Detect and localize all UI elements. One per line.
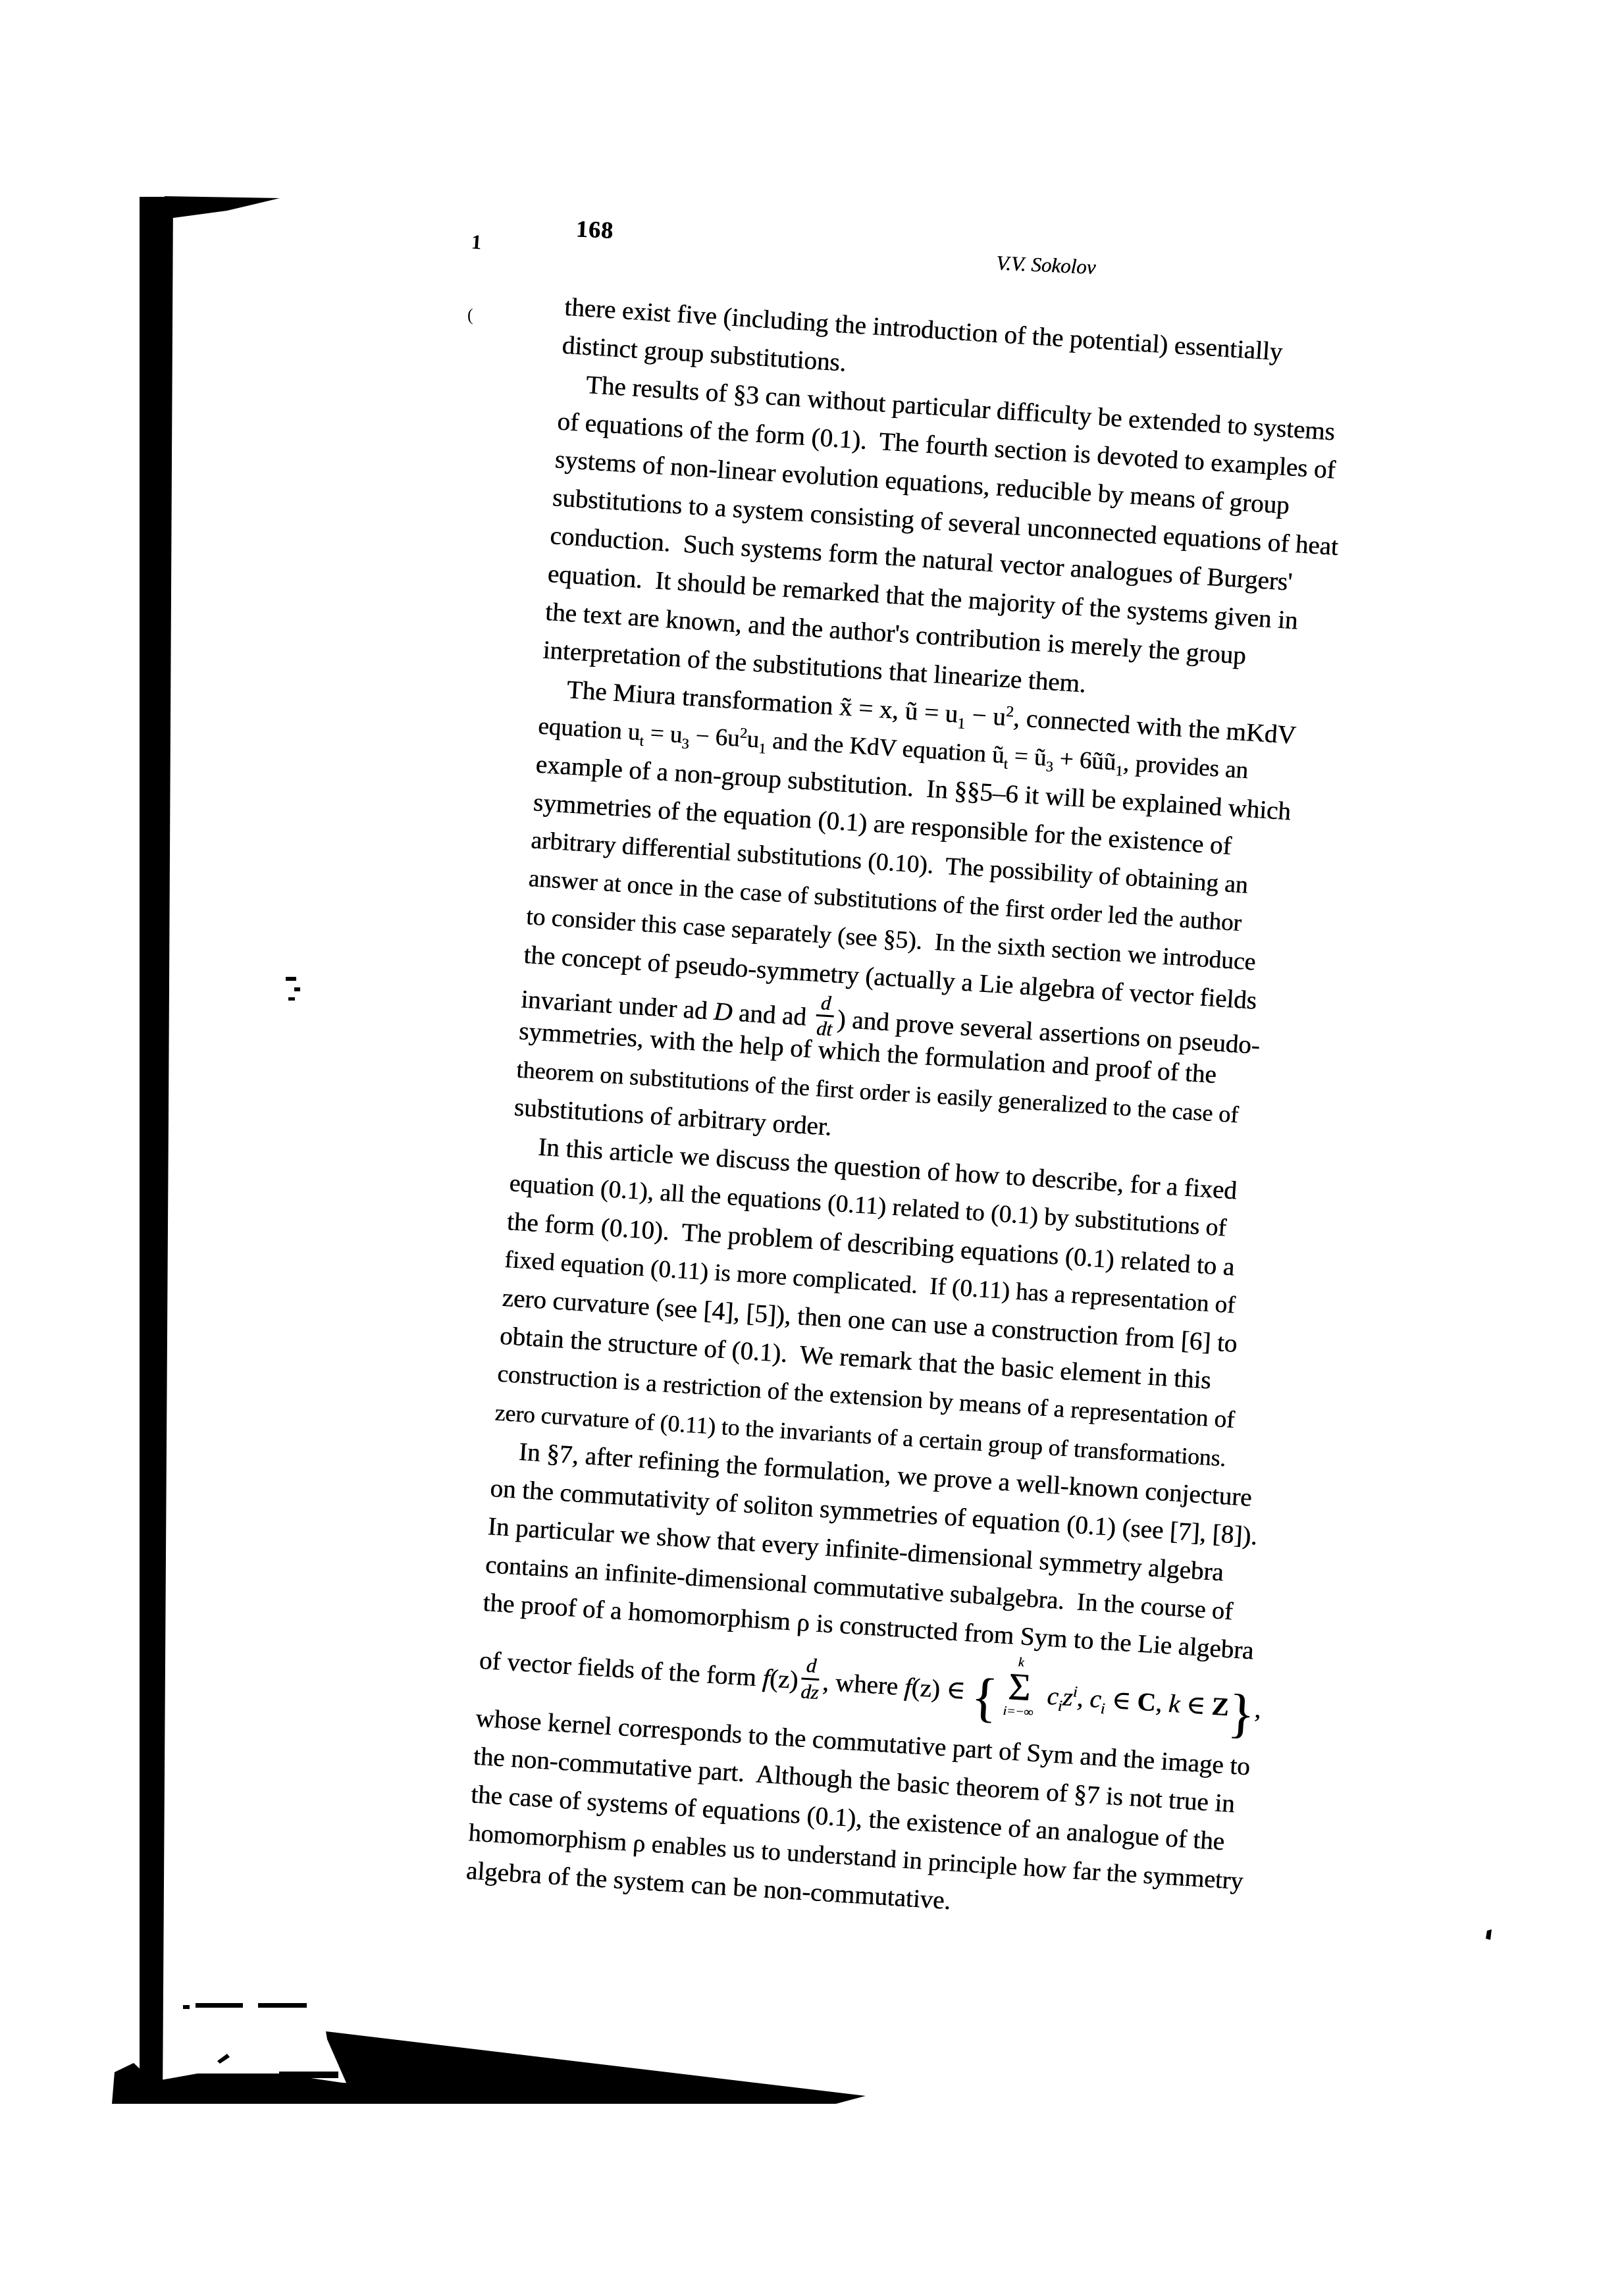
speck-slash	[217, 2054, 230, 2064]
text-segment: ∈	[1105, 1686, 1138, 1716]
big-brace: }	[1226, 1683, 1256, 1744]
summation-symbol: kΣi=−∞	[1003, 1656, 1036, 1719]
speck-dash	[258, 2003, 307, 2008]
text-segment: cizi	[1046, 1682, 1078, 1712]
body-text: there exist five (including the introduc…	[465, 219, 1515, 1949]
bottom-shadow-wedge	[326, 2031, 866, 2104]
speck	[286, 977, 296, 981]
gutter-top-wedge	[165, 196, 280, 219]
text-segment: (z) ∈	[910, 1673, 972, 1706]
speck-comma	[1486, 1929, 1492, 1940]
speck-dash	[183, 2005, 190, 2009]
text-segment: ,	[1254, 1695, 1262, 1724]
scanned-paper-page: 168 V.V. Sokolov 1 ( there exist five (i…	[0, 0, 1622, 2296]
margin-number: 1	[471, 230, 483, 255]
margin-paren-mark: (	[467, 305, 473, 325]
speck	[294, 987, 300, 991]
gutter-shadow-bar	[140, 197, 173, 2101]
inline-fraction: ddz	[800, 1656, 821, 1702]
text-segment: ∈	[1179, 1690, 1213, 1721]
text-segment: , where	[822, 1668, 905, 1702]
text-segment: D	[713, 997, 733, 1027]
text-segment: ci	[1089, 1684, 1106, 1713]
text-segment: (z)	[769, 1664, 799, 1694]
body-lines: there exist five (including the introduc…	[465, 288, 1510, 1949]
speck-dash-thick	[279, 2072, 338, 2078]
text-segment: Z	[1211, 1692, 1230, 1722]
text-segment: of vector fields of the form	[479, 1646, 764, 1692]
speck	[288, 997, 295, 1001]
text-segment: C	[1136, 1688, 1157, 1717]
speck-dash	[196, 2003, 243, 2008]
big-brace: {	[970, 1667, 999, 1728]
